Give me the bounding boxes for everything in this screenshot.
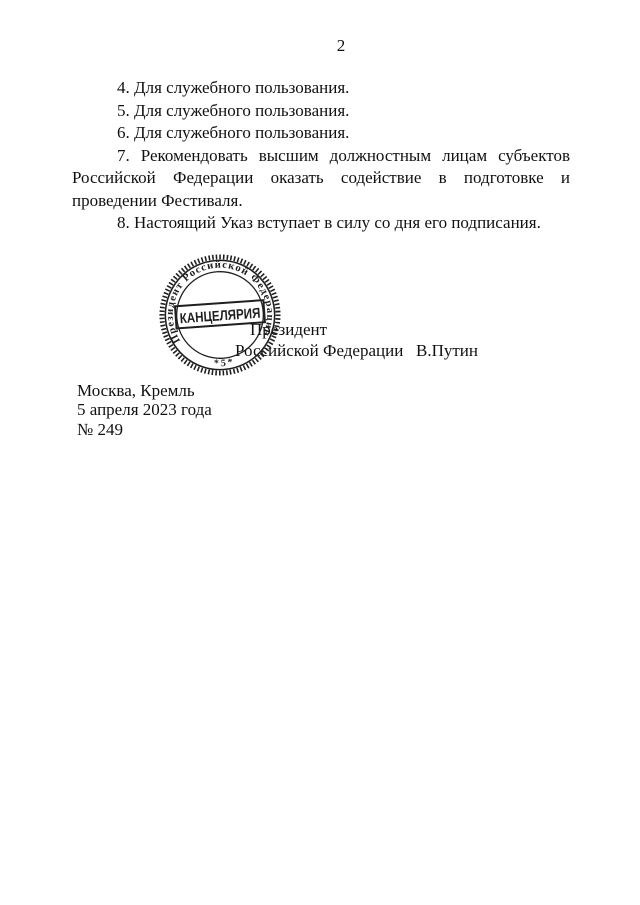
signing-date: 5 апреля 2023 года [77,400,212,419]
decree-item-8: 8. Настоящий Указ вступает в силу со дня… [72,212,570,235]
svg-text:* 5 *: * 5 * [213,357,234,370]
decree-item-4: 4. Для служебного пользования. [72,77,570,100]
signing-place: Москва, Кремль [77,381,212,400]
signatory-name: В.Путин [416,341,478,361]
page-number: 2 [330,36,352,56]
document-page: 2 4. Для служебного пользования. 5. Для … [0,0,640,905]
decree-item-5: 5. Для служебного пользования. [72,100,570,123]
decree-item-7: 7. Рекомендовать высшим должностным лица… [72,145,570,213]
stamp-graphic: Президент Российской Федерации * 5 * КАН… [156,251,284,379]
signing-block: Москва, Кремль 5 апреля 2023 года № 249 [77,381,212,439]
decree-body: 4. Для служебного пользования. 5. Для сл… [72,77,570,235]
decree-number: № 249 [77,420,212,439]
stamp-number: * 5 * [213,357,234,370]
decree-item-6: 6. Для служебного пользования. [72,122,570,145]
chancellery-stamp-icon: Президент Российской Федерации * 5 * КАН… [156,251,284,379]
